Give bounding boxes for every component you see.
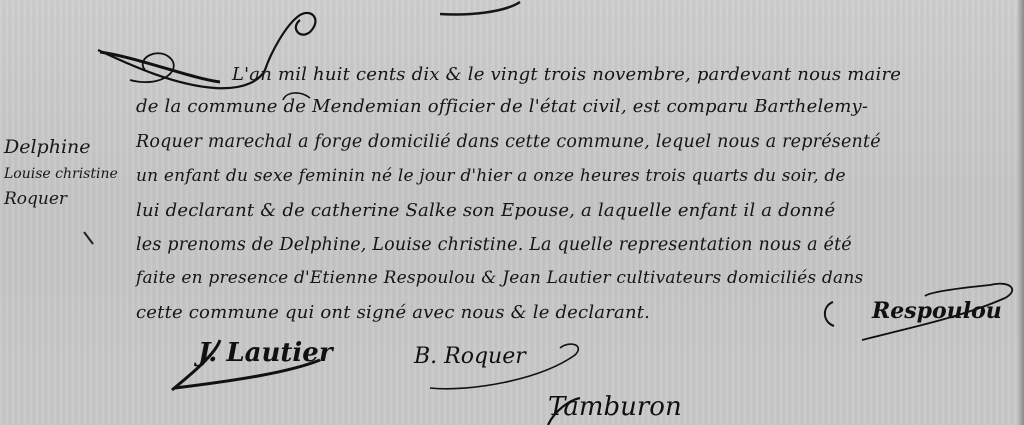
signature-lautier: J. Lautier xyxy=(198,338,333,368)
signature-mayor: Tamburon xyxy=(548,392,682,422)
margin-note-line: Delphine xyxy=(4,138,118,157)
record-line-2: de la commune de Mendemian officier de l… xyxy=(136,96,868,117)
record-line-4: un enfant du sexe feminin né le jour d'h… xyxy=(136,166,846,186)
margin-note: Delphine Louise christine Roquer xyxy=(4,138,118,208)
record-line-7: faite en presence d'Etienne Respoulou & … xyxy=(136,268,863,288)
record-line-3: Roquer marechal a forge domicilié dans c… xyxy=(136,132,881,152)
signature-roquer: B. Roquer xyxy=(414,344,526,369)
margin-note-line: Louise christine xyxy=(4,167,118,181)
record-line-5: lui declarant & de catherine Salke son E… xyxy=(136,200,835,221)
record-line-1: L'an mil huit cents dix & le vingt trois… xyxy=(232,64,901,85)
signature-respoulou: Respoulou xyxy=(872,298,1002,324)
record-line-6: les prenoms de Delphine, Louise christin… xyxy=(136,235,852,255)
margin-note-line: Roquer xyxy=(4,191,118,208)
record-line-8: cette commune qui ont signé avec nous & … xyxy=(136,302,650,323)
